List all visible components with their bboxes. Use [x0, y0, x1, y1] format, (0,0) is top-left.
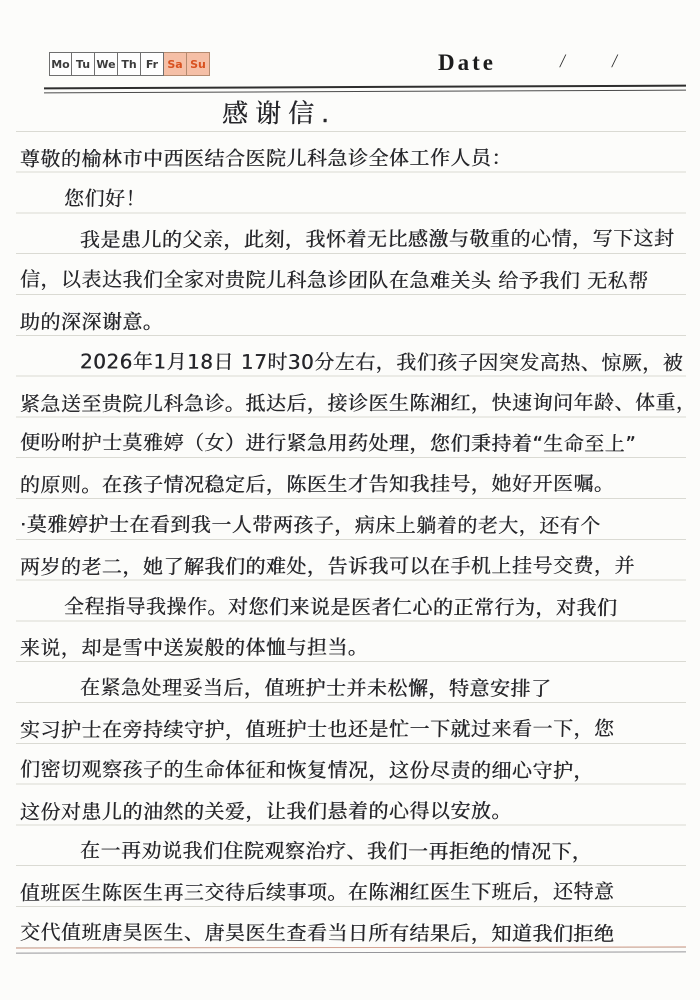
weekday-cell-su: Su [187, 52, 210, 76]
letter-line: 紧急送至贵院儿科急诊。抵达后，接诊医生陈湘红，快速询问年龄、体重， [19, 375, 688, 418]
notebook-page: MoTuWeThFrSaSu Date / / 感谢信. 尊敬的榆林市中西医结合… [0, 0, 700, 1000]
letter-line: 在一再劝说我们住院观察治疗、我们一再拒绝的情况下， [20, 823, 689, 866]
letter-line: 信，以表达我们全家对贵院儿科急诊团队在急难关头 给予我们 无私帮 [20, 252, 689, 295]
letter-line: 尊敬的榆林市中西医结合医院儿科急诊全体工作人员： [19, 130, 688, 173]
letter-line: 实习护士在旁持续守护，值班护士也还是忙一下就过来看一下，您 [19, 701, 688, 744]
letter-lines: 尊敬的榆林市中西医结合医院儿科急诊全体工作人员：您们好！我是患儿的父亲，此刻，我… [20, 131, 688, 947]
weekday-cell-mo: Mo [49, 52, 72, 76]
letter-line: 交代值班唐昊医生、唐昊医生查看当日所有结果后，知道我们拒绝 [20, 905, 689, 948]
handwritten-letter: 感谢信. 尊敬的榆林市中西医结合医院儿科急诊全体工作人员：您们好！我是患儿的父亲… [20, 90, 688, 947]
letter-line: 助的深深谢意。 [19, 293, 688, 336]
letter-line: 们密切观察孩子的生命体征和恢复情况，这份尽责的细心守护， [20, 742, 689, 785]
letter-line: 便吩咐护士莫雅婷（女）进行紧急用药处理，您们秉持着“生命至上” [20, 416, 689, 459]
letter-title: 感谢信. [19, 89, 688, 132]
letter-line: 来说，却是雪中送炭般的体恤与担当。 [19, 619, 688, 662]
letter-line: ·莫雅婷护士在看到我一人带两孩子，病床上躺着的老大，还有个 [20, 497, 689, 540]
weekday-cell-we: We [95, 52, 118, 76]
weekday-row: MoTuWeThFrSaSu [49, 52, 210, 76]
date-slash-2: / [610, 51, 618, 73]
weekday-cell-fr: Fr [141, 52, 164, 76]
letter-line: 的原则。在孩子情况稳定后，陈医生才告知我挂号，她好开医嘱。 [19, 456, 688, 499]
date-slash-1: / [558, 51, 566, 73]
weekday-cell-th: Th [118, 52, 141, 76]
bottom-margin-rule [16, 946, 686, 953]
date-label: Date [438, 50, 496, 76]
letter-line: 您们好！ [20, 171, 689, 214]
letter-line: 2026年1月18日 17时30分左右，我们孩子因突发高热、惊厥，被 [20, 334, 689, 377]
weekday-cell-tu: Tu [72, 52, 95, 76]
letter-line: 我是患儿的父亲，此刻，我怀着无比感激与敬重的心情，写下这封 [19, 212, 688, 255]
letter-line: 两岁的老二，她了解我们的难处，告诉我可以在手机上挂号交费，并 [19, 538, 688, 581]
letter-line: 全程指导我操作。对您们来说是医者仁心的正常行为，对我们 [20, 579, 689, 622]
letter-line: 在紧急处理妥当后，值班护士并未松懈，特意安排了 [20, 660, 689, 703]
letter-line: 这份对患儿的油然的关爱，让我们悬着的心得以安放。 [19, 783, 688, 826]
weekday-cell-sa: Sa [164, 52, 187, 76]
letter-line: 值班医生陈医生再三交待后续事项。在陈湘红医生下班后，还特意 [19, 864, 688, 907]
